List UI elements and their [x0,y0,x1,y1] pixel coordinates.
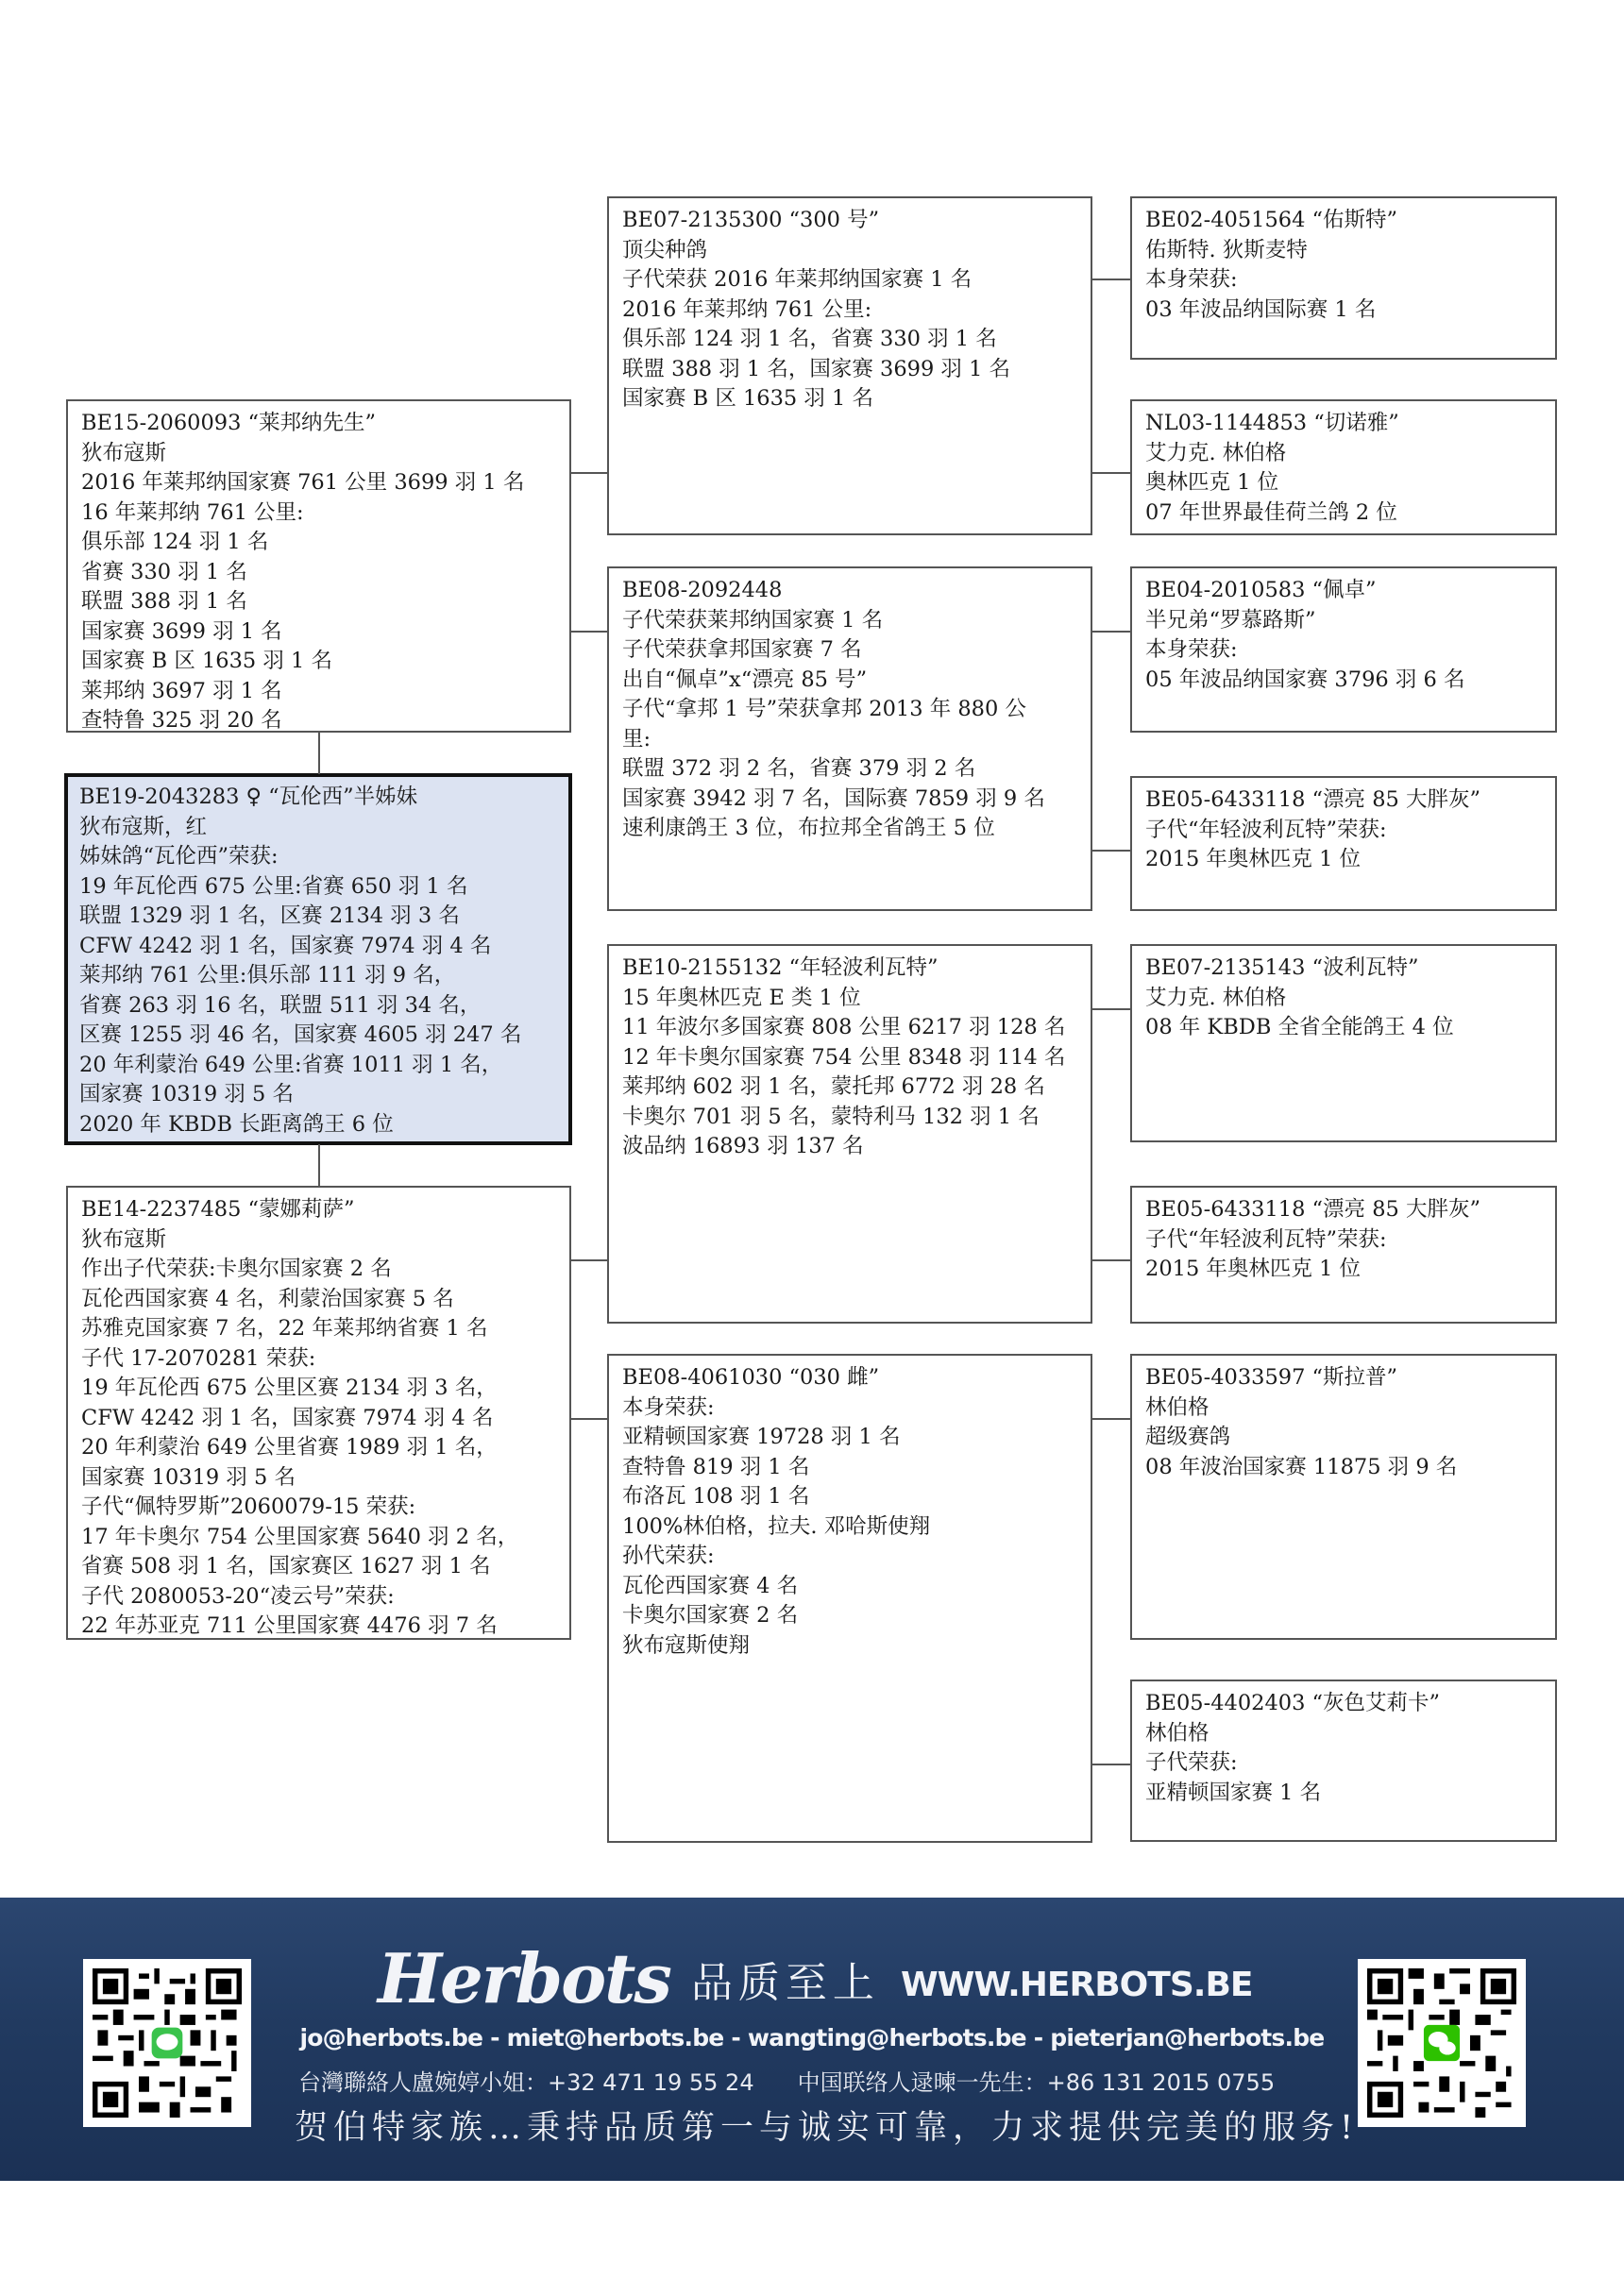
pigeon-info-line: 艾力克. 林伯格 [1145,439,1542,469]
pigeon-info-line: 省赛 508 羽 1 名，国家赛区 1627 羽 1 名 [81,1552,556,1582]
pigeon-info-line: 查特鲁 819 羽 1 名 [622,1453,1077,1483]
pigeon-info-line: 狄布寇斯 [81,439,556,469]
pigeon-info-line: 狄布寇斯 [81,1225,556,1256]
pigeon-info-line: 联盟 388 羽 1 名 [81,587,556,617]
pigeon-info-line: 卡奥尔国家赛 2 名 [622,1601,1077,1631]
great-grandparent-card-6: BE05-6433118 “漂亮 85 大胖灰”子代“年轻波利瓦特”荣获:201… [1130,1186,1557,1324]
grandparent-card-sire-sire: BE07-2135300 “300 号”顶尖种鸽子代荣获 2016 年莱邦纳国家… [607,196,1092,535]
connector-subject-dam [318,1144,320,1187]
grandparent-card-dam-dam: BE08-4061030 “030 雌”本身荣获:亚精顿国家赛 19728 羽 … [607,1354,1092,1843]
pigeon-info-line: 子代荣获拿邦国家赛 7 名 [622,635,1077,666]
pigeon-ring-and-name: BE19-2043283 ♀ “瓦伦西”半姊妹 [79,783,557,813]
pigeon-info-line: 俱乐部 124 羽 1 名，省赛 330 羽 1 名 [622,325,1077,355]
connector-sire-gp1 [571,472,607,474]
pigeon-info-line: 本身荣获: [1145,265,1542,295]
wechat-qr-code[interactable] [1358,1959,1526,2127]
great-grandparent-card-8: BE05-4402403 “灰色艾莉卡”林伯格子代荣获:亚精顿国家赛 1 名 [1130,1680,1557,1842]
pigeon-info-line: 19 年瓦伦西 675 公里区赛 2134 羽 3 名， [81,1374,556,1404]
contact-taiwan: 台灣聯絡人盧婉婷小姐：+32 471 19 55 24 [298,2064,754,2097]
pigeon-info-line: 2016 年莱邦纳 761 公里: [622,295,1077,326]
qr-code-graphic [1367,1968,1516,2118]
pigeon-info-line: 16 年莱邦纳 761 公里: [81,498,556,529]
pigeon-ring-and-name: BE05-6433118 “漂亮 85 大胖灰” [1145,785,1542,816]
pigeon-info-line: 姊妹鸽“瓦伦西”荣获: [79,842,557,872]
pigeon-info-line: 区赛 1255 羽 46 名，国家赛 4605 羽 247 名 [79,1021,557,1051]
pigeon-info-line: 联盟 1329 羽 1 名，区赛 2134 羽 3 名 [79,902,557,932]
great-grandparent-card-4: BE05-6433118 “漂亮 85 大胖灰”子代“年轻波利瓦特”荣获:201… [1130,776,1557,911]
pigeon-info-line: 08 年波治国家赛 11875 羽 9 名 [1145,1453,1542,1483]
pigeon-ring-and-name: BE05-4402403 “灰色艾莉卡” [1145,1689,1542,1719]
pigeon-info-line: 联盟 388 羽 1 名，国家赛 3699 羽 1 名 [622,355,1077,385]
subject-pigeon-card: BE19-2043283 ♀ “瓦伦西”半姊妹狄布寇斯，红姊妹鸽“瓦伦西”荣获:… [64,773,572,1145]
pigeon-ring-and-name: BE15-2060093 “莱邦纳先生” [81,409,556,439]
pigeon-info-line: 联盟 372 羽 2 名，省赛 379 羽 2 名 [622,754,1077,785]
slogan: 品质至上 [691,1950,880,2017]
pigeon-info-line: 11 年波尔多国家赛 808 公里 6217 羽 128 名 [622,1013,1077,1043]
great-grandparent-card-2: NL03-1144853 “切诺雅”艾力克. 林伯格奥林匹克 1 位07 年世界… [1130,399,1557,535]
connector-gp4-ggp7 [1092,1418,1130,1420]
connector-gp1-ggp1 [1092,279,1130,280]
pigeon-info-line: 子代 2080053-20“凌云号”荣获: [81,1582,556,1612]
pigeon-info-line: 子代“年轻波利瓦特”荣获: [1145,816,1542,846]
pigeon-info-line: 莱邦纳 3697 羽 1 名 [81,677,556,707]
pigeon-info-line: 卡奥尔 701 羽 5 名，蒙特利马 132 羽 1 名 [622,1103,1077,1133]
pigeon-info-line: 里: [622,725,1077,755]
pigeon-ring-and-name: NL03-1144853 “切诺雅” [1145,409,1542,439]
connector-gp3-ggp5 [1092,1008,1130,1010]
pigeon-info-line: 艾力克. 林伯格 [1145,984,1542,1014]
connector-gp4-ggp8 [1092,1764,1130,1765]
pigeon-info-line: 速利康鸽王 3 位，布拉邦全省鸽王 5 位 [622,814,1077,844]
pigeon-ring-and-name: BE04-2010583 “佩卓” [1145,576,1542,606]
pigeon-info-line: 本身荣获: [622,1393,1077,1424]
pigeon-info-line: 03 年波品纳国际赛 1 名 [1145,295,1542,326]
pigeon-info-line: 出自“佩卓”x“漂亮 85 号” [622,666,1077,696]
pigeon-ring-and-name: BE08-2092448 [622,576,1077,606]
pigeon-info-line: 奥林匹克 1 位 [1145,468,1542,498]
pigeon-ring-and-name: BE08-4061030 “030 雌” [622,1363,1077,1393]
pigeon-info-line: 狄布寇斯使翔 [622,1631,1077,1662]
connector-dam-gp3 [571,1259,607,1261]
pigeon-info-line: CFW 4242 羽 1 名，国家赛 7974 羽 4 名 [79,932,557,962]
pigeon-info-line: CFW 4242 羽 1 名，国家赛 7974 羽 4 名 [81,1404,556,1434]
pigeon-info-line: 孙代荣获: [622,1542,1077,1572]
sire-card: BE15-2060093 “莱邦纳先生”狄布寇斯2016 年莱邦纳国家赛 761… [66,399,571,733]
pigeon-info-line: 俱乐部 124 羽 1 名 [81,528,556,558]
pigeon-info-line: 作出子代荣获:卡奥尔国家赛 2 名 [81,1255,556,1285]
pigeon-info-line: 子代“年轻波利瓦特”荣获: [1145,1225,1542,1256]
connector-sire-gp2 [571,631,607,633]
pigeon-info-line: 瓦伦西国家赛 4 名，利蒙治国家赛 5 名 [81,1285,556,1315]
footer-banner: Herbots 品质至上 WWW.HERBOTS.BE jo@herbots.b… [0,1898,1624,2181]
pigeon-info-line: 17 年卡奥尔 754 公里国家赛 5640 羽 2 名， [81,1523,556,1553]
pigeon-ring-and-name: BE05-4033597 “斯拉普” [1145,1363,1542,1393]
connector-dam-gp4 [571,1418,607,1420]
great-grandparent-card-3: BE04-2010583 “佩卓”半兄弟“罗慕路斯”本身荣获:05 年波品纳国家… [1130,566,1557,733]
pigeon-info-line: 2020 年 KBDB 长距离鸽王 6 位 [79,1110,557,1140]
pigeon-info-line: 布洛瓦 108 羽 1 名 [622,1482,1077,1512]
pigeon-ring-and-name: BE14-2237485 “蒙娜莉萨” [81,1195,556,1225]
connector-gp2-ggp3 [1092,631,1130,633]
pigeon-info-line: 19 年瓦伦西 675 公里:省赛 650 羽 1 名 [79,872,557,903]
website-link[interactable]: WWW.HERBOTS.BE [901,1954,1253,2017]
pigeon-info-line: 07 年世界最佳荷兰鸽 2 位 [1145,498,1542,529]
pigeon-info-line: 波品纳 16893 羽 137 名 [622,1132,1077,1162]
dam-card: BE14-2237485 “蒙娜莉萨”狄布寇斯作出子代荣获:卡奥尔国家赛 2 名… [66,1186,571,1640]
pigeon-info-line: 2016 年莱邦纳国家赛 761 公里 3699 羽 1 名 [81,468,556,498]
pigeon-info-line: 国家赛 3699 羽 1 名 [81,617,556,648]
pigeon-info-line: 05 年波品纳国家赛 3796 羽 6 名 [1145,666,1542,696]
pigeon-ring-and-name: BE07-2135143 “波利瓦特” [1145,954,1542,984]
pigeon-info-line: 20 年利蒙治 649 公里省赛 1989 羽 1 名， [81,1433,556,1463]
pigeon-info-line: 子代荣获: [1145,1748,1542,1779]
pigeon-info-line: 子代“拿邦 1 号”荣获拿邦 2013 年 880 公 [622,695,1077,725]
pigeon-info-line: 省赛 330 羽 1 名 [81,558,556,588]
pigeon-info-line: 亚精顿国家赛 19728 羽 1 名 [622,1423,1077,1453]
pigeon-info-line: 子代 17-2070281 荣获: [81,1344,556,1375]
pigeon-info-line: 12 年卡奥尔国家赛 754 公里 8348 羽 114 名 [622,1043,1077,1073]
pigeon-ring-and-name: BE07-2135300 “300 号” [622,206,1077,236]
connector-subject-sire [318,733,320,774]
pigeon-info-line: 瓦伦西国家赛 4 名 [622,1572,1077,1602]
pigeon-info-line: 超级赛鸽 [1145,1423,1542,1453]
pigeon-info-line: 林伯格 [1145,1393,1542,1424]
contact-china: 中国联络人逯暕一先生：+86 131 2015 0755 [798,2064,1276,2097]
pigeon-info-line: 省赛 263 羽 16 名，联盟 511 羽 34 名， [79,991,557,1021]
connector-gp2-ggp4 [1092,850,1130,852]
pigeon-info-line: 半兄弟“罗慕路斯” [1145,606,1542,636]
pigeon-info-line: 国家赛 10319 羽 5 名 [81,1463,556,1494]
pigeon-ring-and-name: BE10-2155132 “年轻波利瓦特” [622,954,1077,984]
pigeon-info-line: 子代荣获莱邦纳国家赛 1 名 [622,606,1077,636]
pigeon-info-line: 22 年苏亚克 711 公里国家赛 4476 羽 7 名 [81,1612,556,1640]
pigeon-ring-and-name: BE02-4051564 “佑斯特” [1145,206,1542,236]
pigeon-info-line: 2015 年奥林匹克 1 位 [1145,1255,1542,1285]
brand-header: Herbots 品质至上 WWW.HERBOTS.BE [378,1932,1252,2017]
pigeon-info-line: 莱邦纳 761 公里:俱乐部 111 羽 9 名， [79,961,557,991]
grandparent-card-sire-dam: BE08-2092448子代荣获莱邦纳国家赛 1 名子代荣获拿邦国家赛 7 名出… [607,566,1092,911]
pigeon-info-line: 15 年奥林匹克 E 类 1 位 [622,984,1077,1014]
herbots-logo: Herbots [378,1941,670,2017]
pigeon-info-line: 本身荣获: [1145,635,1542,666]
pigeon-info-line: 亚精顿国家赛 1 名 [1145,1779,1542,1809]
connector-gp3-ggp6 [1092,1259,1130,1261]
great-grandparent-card-7: BE05-4033597 “斯拉普”林伯格超级赛鸽08 年波治国家赛 11875… [1130,1354,1557,1640]
pigeon-info-line: 子代“佩特罗斯”2060079-15 荣获: [81,1493,556,1523]
pigeon-info-line: 国家赛 3942 羽 7 名，国际赛 7859 羽 9 名 [622,785,1077,815]
pigeon-info-line: 苏雅克国家赛 7 名，22 年莱邦纳省赛 1 名 [81,1314,556,1344]
great-grandparent-card-5: BE07-2135143 “波利瓦特”艾力克. 林伯格08 年 KBDB 全省全… [1130,944,1557,1142]
pigeon-info-line: 子代荣获 2016 年莱邦纳国家赛 1 名 [622,265,1077,295]
pigeon-info-line: 20 年利蒙治 649 公里:省赛 1011 羽 1 名， [79,1051,557,1081]
pigeon-info-line: 08 年 KBDB 全省全能鸽王 4 位 [1145,1013,1542,1043]
grandparent-card-dam-sire: BE10-2155132 “年轻波利瓦特”15 年奥林匹克 E 类 1 位11 … [607,944,1092,1324]
contact-phones: 台灣聯絡人盧婉婷小姐：+32 471 19 55 24 中国联络人逯暕一先生：+… [298,2064,1275,2097]
tagline: 贺伯特家族…秉持品质第一与诚实可靠，力求提供完美的服务! [295,2102,1359,2149]
great-grandparent-card-1: BE02-4051564 “佑斯特”佑斯特. 狄斯麦特本身荣获:03 年波品纳国… [1130,196,1557,360]
pigeon-info-line: 林伯格 [1145,1719,1542,1749]
pigeon-info-line: 2015 年奥林匹克 1 位 [1145,845,1542,875]
pigeon-info-line: 莱邦纳 602 羽 1 名，蒙托邦 6772 羽 28 名 [622,1072,1077,1103]
pigeon-ring-and-name: BE05-6433118 “漂亮 85 大胖灰” [1145,1195,1542,1225]
pigeon-info-line: 100%林伯格，拉夫. 邓哈斯使翔 [622,1512,1077,1543]
pigeon-info-line: 查特鲁 325 羽 20 名 [81,706,556,733]
pigeon-info-line: 国家赛 B 区 1635 羽 1 名 [622,384,1077,414]
pigeon-info-line: 佑斯特. 狄斯麦特 [1145,236,1542,266]
pigeon-info-line: 国家赛 B 区 1635 羽 1 名 [81,647,556,677]
connector-gp1-ggp2 [1092,472,1130,474]
pigeon-info-line: 国家赛 10319 羽 5 名 [79,1080,557,1110]
pigeon-info-line: 顶尖种鸽 [622,236,1077,266]
pigeon-info-line: 狄布寇斯，红 [79,813,557,843]
